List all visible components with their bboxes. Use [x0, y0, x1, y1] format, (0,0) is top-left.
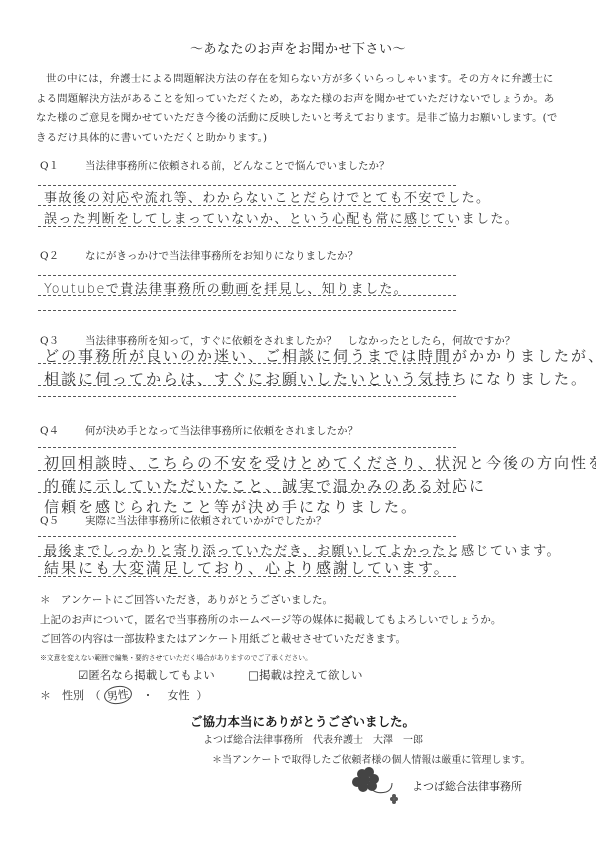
checkbox-checked-icon[interactable]: ☑ [78, 668, 88, 682]
question-number: Q１ [40, 158, 85, 173]
answer-line [38, 385, 456, 386]
answer-line [38, 492, 456, 493]
answer-line [38, 226, 456, 227]
thanks-note: ＊ アンケートにご回答いただき，ありがとうございました。 [40, 592, 333, 607]
option-label: 匿名なら掲載してもよい [88, 668, 215, 682]
gender-female[interactable]: 女性 [168, 689, 190, 702]
question-number: Q２ [40, 248, 85, 263]
answer-line [38, 205, 456, 206]
question-text: 当法律事務所に依頼される前，どんなことで悩んでいましたか？ [85, 160, 390, 172]
gender-suffix: ） [197, 689, 208, 702]
answer-text[interactable]: 誤った判断をしてしまっていないか、という心配も常に感じていました。 [44, 208, 519, 227]
answer-line [38, 185, 456, 186]
answer-line [38, 363, 456, 364]
publish-options: ☑匿名なら掲載してもよい □掲載は控えて欲しい [78, 667, 363, 683]
answer-line [38, 447, 456, 448]
privacy-note: ＊当アンケートで取得したご依頼者様の個人情報は厳重に管理します。 [212, 751, 531, 766]
answer-line [38, 310, 456, 311]
answer-line [38, 295, 456, 296]
checkbox-empty-icon[interactable]: □ [248, 668, 259, 682]
question-2: Q２なにがきっかけで当法律事務所をお知りになりましたか？ [40, 248, 358, 263]
four-leaf-clover-icon [352, 765, 402, 807]
firm-logo-name: よつば総合法律事務所 [412, 778, 522, 794]
gender-male-selected[interactable]: 男性 [103, 684, 133, 706]
question-1: Q１当法律事務所に依頼される前，どんなことで悩んでいましたか？ [40, 158, 390, 173]
question-text: 何が決め手となって当法律事務所に依頼をされましたか？ [85, 425, 358, 437]
answer-text[interactable]: 事故後の対応や流れ等、わからないことだらけでとても不安でした。 [44, 187, 490, 206]
option-decline[interactable]: □掲載は控えて欲しい [248, 668, 362, 682]
answer-line [38, 470, 456, 471]
firm-representative: よつば総合法律事務所 代表弁護士 大澤 一郎 [203, 731, 423, 746]
answer-text[interactable]: 結果にも大変満足しており、心より感謝しています。 [44, 557, 451, 578]
publish-detail: ご回答の内容は一部抜粋またはアンケート用紙ごと載せさせていただきます。 [40, 631, 406, 646]
gender-label: ＊ 性別 （ [40, 689, 101, 702]
publish-question: 上記のお声について，匿名で当事務所のホームページ等の媒体に掲載してもよろしいでし… [40, 612, 501, 627]
answer-line [38, 275, 456, 276]
question-text: なにがきっかけで当法律事務所をお知りになりましたか？ [85, 250, 358, 262]
option-anonymous-ok[interactable]: ☑匿名なら掲載してもよい [78, 668, 218, 682]
gender-separator: ・ [143, 689, 154, 702]
question-number: Q５ [40, 513, 85, 528]
question-4: Q４何が決め手となって当法律事務所に依頼をされましたか？ [40, 423, 358, 438]
option-label: 掲載は控えて欲しい [259, 668, 363, 682]
gender-row: ＊ 性別 （ 男性 ・ 女性 ） [40, 686, 208, 704]
question-text: 実際に当法律事務所に依頼されていかがでしたか？ [85, 515, 327, 527]
footer-thanks: ご協力本当にありがとうございました。 [190, 712, 415, 730]
answer-line [38, 536, 456, 537]
answer-line [38, 396, 456, 397]
question-number: Q４ [40, 423, 85, 438]
answer-line [38, 576, 456, 577]
page-title: ～あなたのお声をお聞かせ下さい～ [0, 38, 596, 57]
intro-paragraph: 世の中には，弁護士による問題解決方法の存在を知らない方が多くいらっしゃいます。そ… [36, 70, 561, 148]
question-5: Q５実際に当法律事務所に依頼されていかがでしたか？ [40, 513, 327, 528]
edit-note: ※文意を変えない範囲で編集・要約させていただく場合がありますのでご了承ください。 [40, 652, 312, 662]
